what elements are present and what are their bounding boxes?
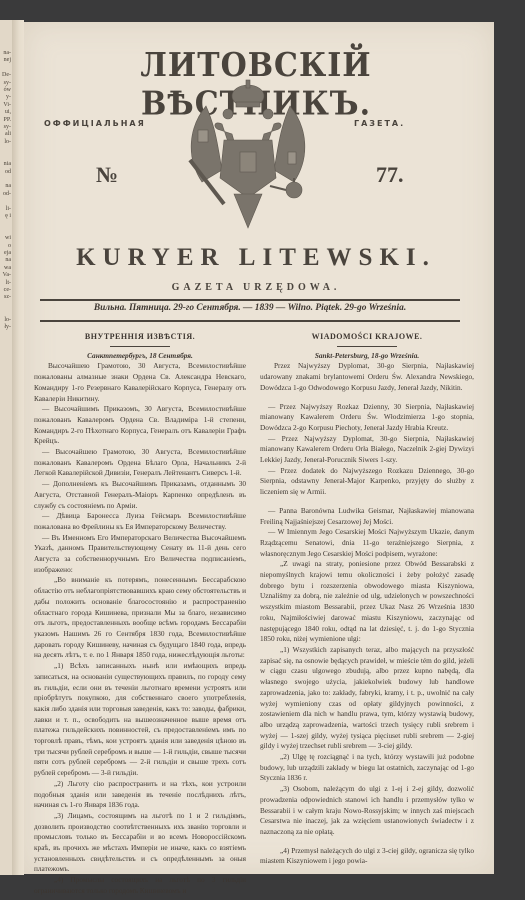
- issue-number-label: №: [96, 162, 118, 188]
- article-paragraph: — Дѣвица Баронесса Луиза Гейсмаръ Всемил…: [34, 511, 246, 532]
- article-paragraph: — Przez Najwyższy Rozkaz Dzienny, 30 Sie…: [260, 402, 474, 434]
- article-paragraph: — Przez dodatek do Najwyższego Rozkazu D…: [260, 466, 474, 498]
- section-divider: [337, 346, 397, 347]
- column-russian: ВНУТРЕННІЯ ИЗВѢСТІЯ. Санктпетербургъ, 18…: [34, 332, 246, 897]
- section-title-domestic-news-ru: ВНУТРЕННІЯ ИЗВѢСТІЯ.: [34, 332, 246, 343]
- article-paragraph: „Во вниманіе къ потерямъ, понесеннымъ Бе…: [34, 575, 246, 661]
- newspaper-page: ЛИТОВСКІЙ ВѢСТНИКЪ. ОФФИЦІАЛЬНАЯ ГАЗЕТА.…: [24, 22, 494, 874]
- article-paragraph: — Высочайшимъ Приказомъ, 30 Августа, Все…: [34, 404, 246, 447]
- article-paragraph: — Przez Najwyższy Dyplomat, 30-go Sierpn…: [260, 434, 474, 466]
- column-polish: WIADOMOŚCI KRAJOWE. Sankt-Petersburg, 18…: [260, 332, 474, 867]
- article-paragraph: „4) Промыслы состоящихъ на льготѣ по 3 г…: [34, 875, 246, 896]
- tagline-gazette: ГАЗЕТА.: [354, 119, 405, 128]
- section-title-domestic-news-pl: WIADOMOŚCI KRAJOWE.: [260, 332, 474, 343]
- article-paragraph: „1) Wszystkich zapisanych teraz, albo ma…: [260, 645, 474, 752]
- article-paragraph: Высочайшею Грамотою, 30 Августа, Всемило…: [34, 361, 246, 404]
- article-paragraph: — Panna Baronówna Ludwika Geismar, Najła…: [260, 506, 474, 527]
- place-date-pl: Sankt-Petersburg, 18-go Września.: [260, 351, 474, 362]
- article-paragraph: — Въ Именномъ Его Императорскаго Величес…: [34, 533, 246, 576]
- article-paragraph: „Z uwagi na straty, poniesione przez Obw…: [260, 559, 474, 645]
- previous-page-text: na- nej De- sy- ów y- Vi- ui, PP. sy- al…: [0, 50, 12, 331]
- masthead-subtitle-polish: GAZETA URZĘDOWA.: [36, 282, 476, 293]
- issue-number: 77.: [376, 162, 404, 188]
- article-paragraph: — W Imiennym Jego Cesarskiej Mości Najwy…: [260, 527, 474, 559]
- article-paragraph: „4) Przemysł należących do ulgi z 3-ciej…: [260, 846, 474, 867]
- article-paragraph: „3) Osobom, należącym do ulgi z 1-ej i 2…: [260, 784, 474, 838]
- place-date-ru: Санктпетербургъ, 18 Сентября.: [34, 351, 246, 362]
- book-spine: [12, 20, 24, 875]
- tagline-official: ОФФИЦІАЛЬНАЯ: [44, 119, 146, 128]
- article-paragraph: „2) Льготу сію распространить и на тѣхъ,…: [34, 779, 246, 811]
- article-paragraph: — Дополненіемъ къ Высочайшимъ Приказамъ,…: [34, 479, 246, 511]
- article-paragraph: — Высочайшею Грамотою, 30 Августа, Всеми…: [34, 447, 246, 479]
- article-paragraph: „1) Всѣхъ записанныхъ нынѣ или имѣющихъ …: [34, 661, 246, 779]
- header-rule-top: [40, 299, 460, 301]
- section-divider: [110, 346, 170, 347]
- double-headed-eagle-icon: [178, 78, 318, 234]
- article-paragraph: „2) Ulgę tę rozciągnąć i na tych, którzy…: [260, 752, 474, 784]
- dateline: Вильна. Пятница. 29-го Сентября. — 1839 …: [40, 303, 460, 313]
- article-paragraph: „3) Лицамъ, состоящимъ на льготѣ по 1 и …: [34, 811, 246, 875]
- masthead-title-polish: KURYER LITEWSKI.: [36, 244, 476, 272]
- header-rule-bottom: [40, 320, 460, 322]
- article-paragraph: Przez Najwyższy Dyplomat, 30-go Sierpnia…: [260, 361, 474, 393]
